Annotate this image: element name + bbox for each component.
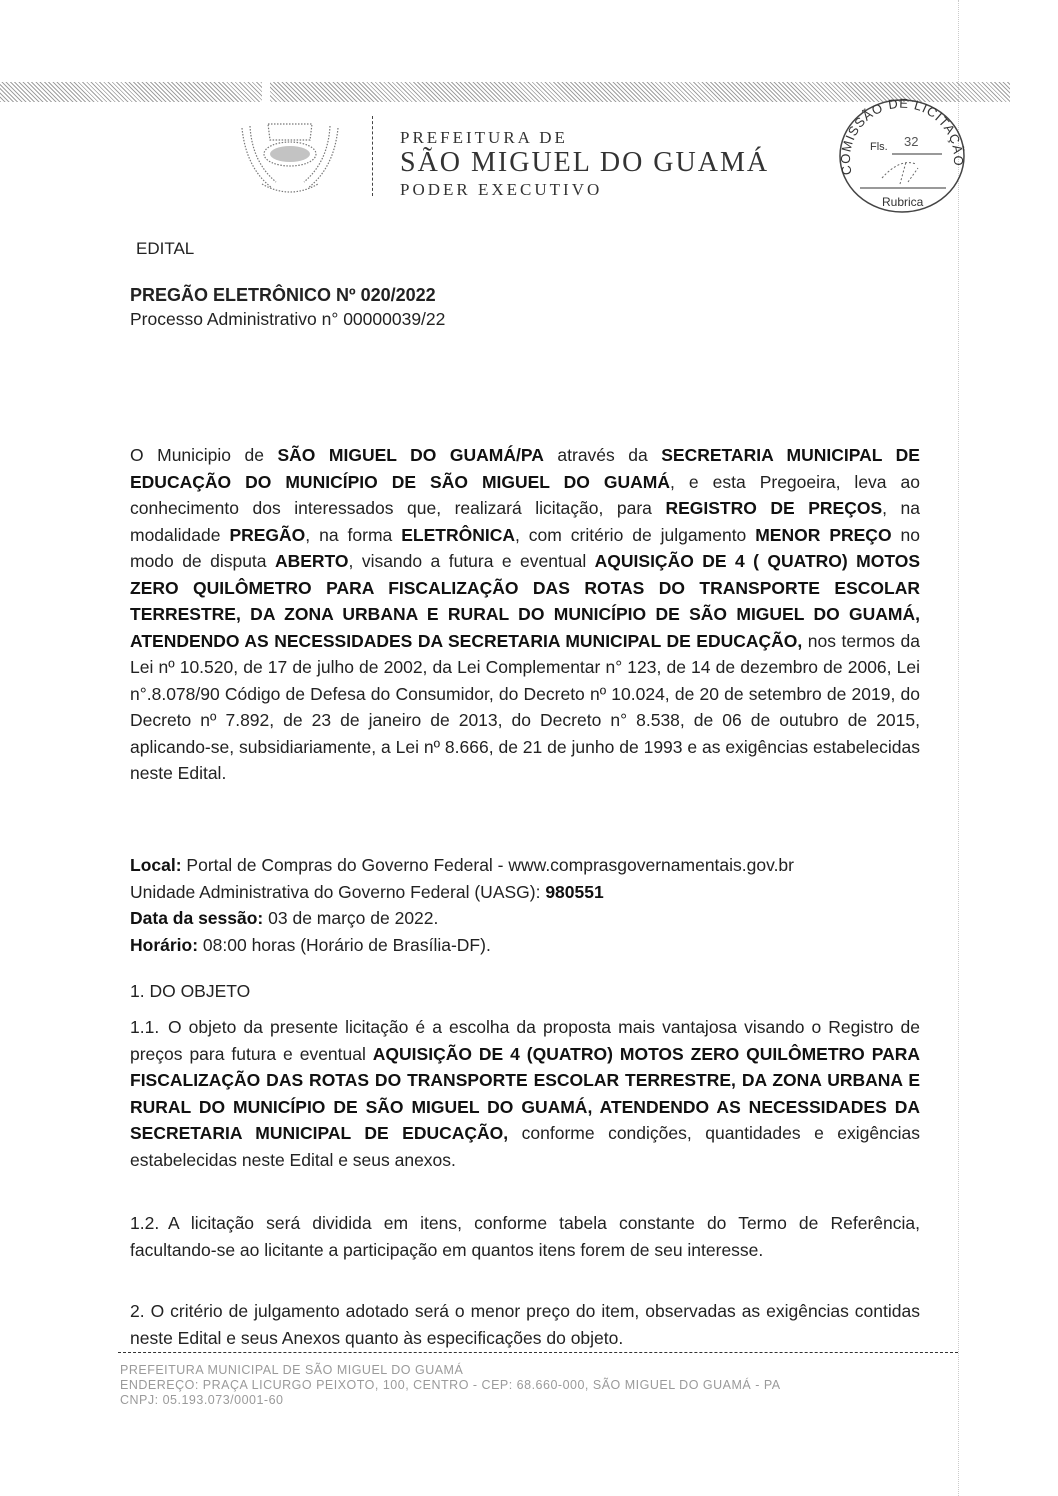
item-1-1: 1.1.O objeto da presente licitação é a e… bbox=[130, 1014, 920, 1173]
letterhead-line1: PREFEITURA DE bbox=[400, 128, 769, 148]
item-1-2-text: A licitação será dividida em itens, conf… bbox=[130, 1213, 920, 1260]
data-line: Data da sessão: 03 de março de 2022. bbox=[130, 905, 920, 932]
text-segment: O Municipio de bbox=[130, 445, 278, 465]
stamp-ring-text: COMISSÃO DE LICITAÇÃO bbox=[838, 98, 966, 176]
letterhead: PREFEITURA DE SÃO MIGUEL DO GUAMÁ PODER … bbox=[400, 128, 769, 200]
footer-line1: PREFEITURA MUNICIPAL DE SÃO MIGUEL DO GU… bbox=[120, 1363, 781, 1378]
pregao-title: PREGÃO ELETRÔNICO Nº 020/2022 bbox=[130, 282, 920, 309]
item-1-1-number: 1.1. bbox=[130, 1014, 168, 1041]
text-segment: , visando a futura e eventual bbox=[349, 551, 595, 571]
bold-text-segment: REGISTRO DE PREÇOS bbox=[665, 498, 882, 518]
section-1-title: 1. DO OBJETO bbox=[130, 978, 920, 1005]
stamp-fls-number: 32 bbox=[904, 134, 918, 149]
text-segment: nos termos da Lei nº 10.520, de 17 de ju… bbox=[130, 631, 920, 784]
stamp-fls-label: Fls. bbox=[870, 141, 888, 153]
data-value: 03 de março de 2022. bbox=[263, 908, 438, 928]
footer-rule bbox=[118, 1352, 958, 1353]
letterhead-municipality: SÃO MIGUEL DO GUAMÁ bbox=[400, 148, 769, 178]
stamp-rubrica-label: Rubrica bbox=[882, 195, 924, 209]
bold-text-segment: ELETRÔNICA bbox=[401, 525, 515, 545]
local-value: Portal de Compras do Governo Federal - w… bbox=[182, 855, 794, 875]
header-divider bbox=[372, 116, 373, 196]
scan-band-gap bbox=[262, 82, 270, 102]
text-segment: , com critério de julgamento bbox=[515, 525, 755, 545]
item-1-2-number: 1.2. bbox=[130, 1210, 168, 1237]
text-segment: , na forma bbox=[305, 525, 401, 545]
data-label: Data da sessão: bbox=[130, 908, 263, 928]
letterhead-line3: PODER EXECUTIVO bbox=[400, 180, 769, 200]
bold-text-segment: ABERTO bbox=[275, 551, 349, 571]
footer-cnpj: CNPJ: 05.193.073/0001-60 bbox=[120, 1393, 781, 1408]
page-footer: PREFEITURA MUNICIPAL DE SÃO MIGUEL DO GU… bbox=[120, 1363, 781, 1408]
item-1-1-text: O objeto da presente licitação é a escol… bbox=[130, 1017, 920, 1170]
local-label: Local: bbox=[130, 855, 182, 875]
intro-paragraph: O Municipio de SÃO MIGUEL DO GUAMÁ/PA at… bbox=[130, 442, 920, 787]
text-segment: através da bbox=[544, 445, 661, 465]
uasg-line: Unidade Administrativa do Governo Federa… bbox=[130, 879, 920, 906]
local-line: Local: Portal de Compras do Governo Fede… bbox=[130, 852, 920, 879]
item-1-2: 1.2.A licitação será dividida em itens, … bbox=[130, 1210, 920, 1263]
item-2: 2. O critério de julgamento adotado será… bbox=[130, 1298, 920, 1351]
scan-edge-dots bbox=[958, 0, 959, 1496]
document-heading: EDITAL bbox=[136, 236, 926, 263]
uasg-value: 980551 bbox=[545, 882, 603, 902]
bold-text-segment: SÃO MIGUEL DO GUAMÁ/PA bbox=[278, 445, 544, 465]
processo-number: Processo Administrativo n° 00000039/22 bbox=[130, 306, 920, 333]
horario-label: Horário: bbox=[130, 935, 198, 955]
bold-text-segment: MENOR PREÇO bbox=[755, 525, 891, 545]
session-info: Local: Portal de Compras do Governo Fede… bbox=[130, 852, 920, 958]
uasg-label: Unidade Administrativa do Governo Federa… bbox=[130, 882, 545, 902]
svg-text:COMISSÃO DE LICITAÇÃO: COMISSÃO DE LICITAÇÃO bbox=[838, 98, 966, 176]
bold-text-segment: PREGÃO bbox=[229, 525, 305, 545]
intro-text: O Municipio de SÃO MIGUEL DO GUAMÁ/PA at… bbox=[130, 442, 920, 787]
footer-address: ENDEREÇO: PRAÇA LICURGO PEIXOTO, 100, CE… bbox=[120, 1378, 781, 1393]
municipal-crest-icon bbox=[232, 118, 348, 198]
horario-line: Horário: 08:00 horas (Horário de Brasíli… bbox=[130, 932, 920, 959]
commission-stamp-icon: COMISSÃO DE LICITAÇÃO Fls. 32 Rubrica bbox=[830, 98, 970, 218]
horario-value: 08:00 horas (Horário de Brasília-DF). bbox=[198, 935, 491, 955]
